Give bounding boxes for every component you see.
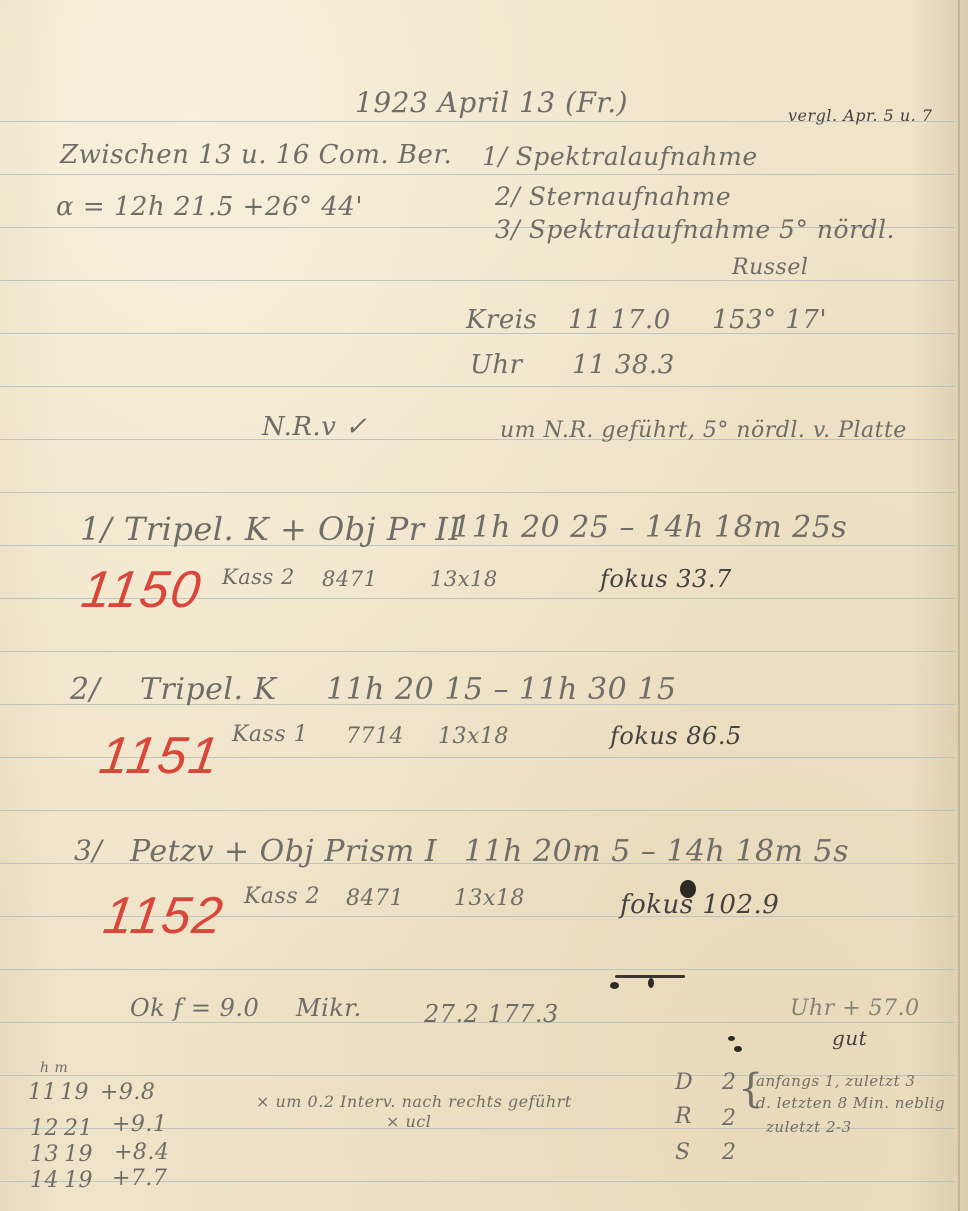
temp-row-value: +9.8 <box>100 1080 155 1105</box>
exposure-3-size: 13x18 <box>454 886 525 911</box>
entry-date: 1923 April 13 (Fr.) <box>355 86 628 119</box>
ruled-line <box>0 174 955 175</box>
exposure-3-number: 3/ <box>74 834 102 867</box>
seeing-note-2: d. letzten 8 Min. neblig <box>756 1094 945 1112</box>
nrv-label: N.R.v ✓ <box>262 412 367 442</box>
plate-number-1150: 1150 <box>78 560 206 620</box>
ink-smudge <box>734 1046 742 1052</box>
uhr-label: Uhr <box>470 350 523 380</box>
micrometer-label: Mikr. <box>296 994 362 1022</box>
micrometer-values: 27.2 177.3 <box>424 1000 559 1028</box>
notebook-page: 1923 April 13 (Fr.) vergl. Apr. 5 u. 7 Z… <box>0 0 968 1211</box>
exposure-2-time: 11h 20 15 – 11h 30 15 <box>326 672 676 707</box>
ruled-line <box>0 492 955 493</box>
seeing-symbol: S <box>675 1140 691 1165</box>
plate-number-1151: 1151 <box>96 726 224 786</box>
ink-blot <box>680 880 696 898</box>
target-coordinates: α = 12h 21.5 +26° 44' <box>56 192 363 222</box>
exposure-1-focus: fokus 33.7 <box>600 565 732 593</box>
intro-line: Zwischen 13 u. 16 Com. Ber. <box>60 140 452 170</box>
plan-item-2: 2/ Sternaufnahme <box>495 182 731 211</box>
ruled-line <box>0 280 955 281</box>
cross-reference: vergl. Apr. 5 u. 7 <box>788 106 932 125</box>
clock-note: gut <box>832 1026 867 1050</box>
ink-smudge <box>648 978 654 988</box>
temp-row-minute: 19 <box>60 1080 89 1105</box>
seeing-value: 2 <box>722 1140 737 1165</box>
plan-item-1: 1/ Spektralaufnahme <box>482 142 758 171</box>
nrv-note: um N.R. geführt, 5° nördl. v. Platte <box>500 418 907 443</box>
temp-row-hour: 12 <box>30 1116 59 1141</box>
ruled-line <box>0 386 955 387</box>
exposure-3-focus: fokus 102.9 <box>620 890 779 920</box>
temp-row-hour: 14 <box>30 1168 59 1193</box>
seeing-value: 2 <box>722 1070 737 1095</box>
exposure-1-number: 1/ <box>80 510 112 548</box>
exposure-2-cassette: Kass 1 <box>232 722 308 747</box>
exposure-3-cassette: Kass 2 <box>244 884 320 909</box>
exposure-2-number: 2/ <box>70 672 100 707</box>
exposure-2-size: 13x18 <box>438 724 509 749</box>
ruled-line <box>0 810 955 811</box>
exposure-3-time: 11h 20m 5 – 14h 18m 5s <box>464 834 849 869</box>
observer-note: Russel <box>732 255 808 280</box>
footnote-line-1: × um 0.2 Interv. nach rechts geführt <box>256 1092 572 1111</box>
temperature-table-unit: h m <box>40 1060 68 1076</box>
seeing-note-3: zuletzt 2-3 <box>766 1118 852 1136</box>
temp-row-minute: 19 <box>64 1142 93 1167</box>
temp-row-minute: 19 <box>64 1168 93 1193</box>
ocular-focus: Ok f = 9.0 <box>130 994 259 1022</box>
exposure-1-cassette: Kass 2 <box>222 565 295 589</box>
ruled-line <box>0 969 955 970</box>
exposure-1-plate-id: 8471 <box>322 567 377 591</box>
plate-number-1152: 1152 <box>100 886 228 946</box>
exposure-2-instrument: Tripel. K <box>140 672 276 707</box>
exposure-1-time: 11h 20 25 – 14h 18m 25s <box>452 510 847 545</box>
temp-row-hour: 11 <box>28 1080 57 1105</box>
seeing-symbol: R <box>675 1104 692 1129</box>
uhr-value: 11 38.3 <box>572 350 675 380</box>
kreis-value: 11 17.0 <box>568 305 671 335</box>
plan-item-3: 3/ Spektralaufnahme 5° nördl. <box>495 215 895 244</box>
clock-correction: Uhr + 57.0 <box>790 996 920 1021</box>
exposure-1-size: 13x18 <box>430 567 498 591</box>
temp-row-value: +7.7 <box>112 1166 167 1191</box>
exposure-3-instrument: Petzv + Obj Prism I <box>130 834 437 869</box>
ruled-line <box>0 651 955 652</box>
temp-row-hour: 13 <box>30 1142 59 1167</box>
seeing-note-1: anfangs 1, zuletzt 3 <box>756 1072 915 1090</box>
temp-row-minute: 21 <box>64 1116 93 1141</box>
temp-row-value: +8.4 <box>114 1140 169 1165</box>
exposure-2-plate-id: 7714 <box>346 724 404 749</box>
exposure-3-plate-id: 8471 <box>346 886 404 911</box>
kreis-angle: 153° 17' <box>712 305 827 335</box>
ink-smudge <box>728 1036 735 1041</box>
ink-smudge <box>610 982 619 989</box>
exposure-2-focus: fokus 86.5 <box>610 722 742 750</box>
seeing-value: 2 <box>722 1106 737 1131</box>
footnote-line-2: × ucl <box>386 1112 431 1131</box>
temp-row-value: +9.1 <box>112 1112 167 1137</box>
kreis-label: Kreis <box>466 305 537 335</box>
seeing-symbol: D <box>675 1070 693 1095</box>
exposure-1-instrument: Tripel. K + Obj Pr II <box>124 510 462 548</box>
page-edge <box>958 0 960 1211</box>
